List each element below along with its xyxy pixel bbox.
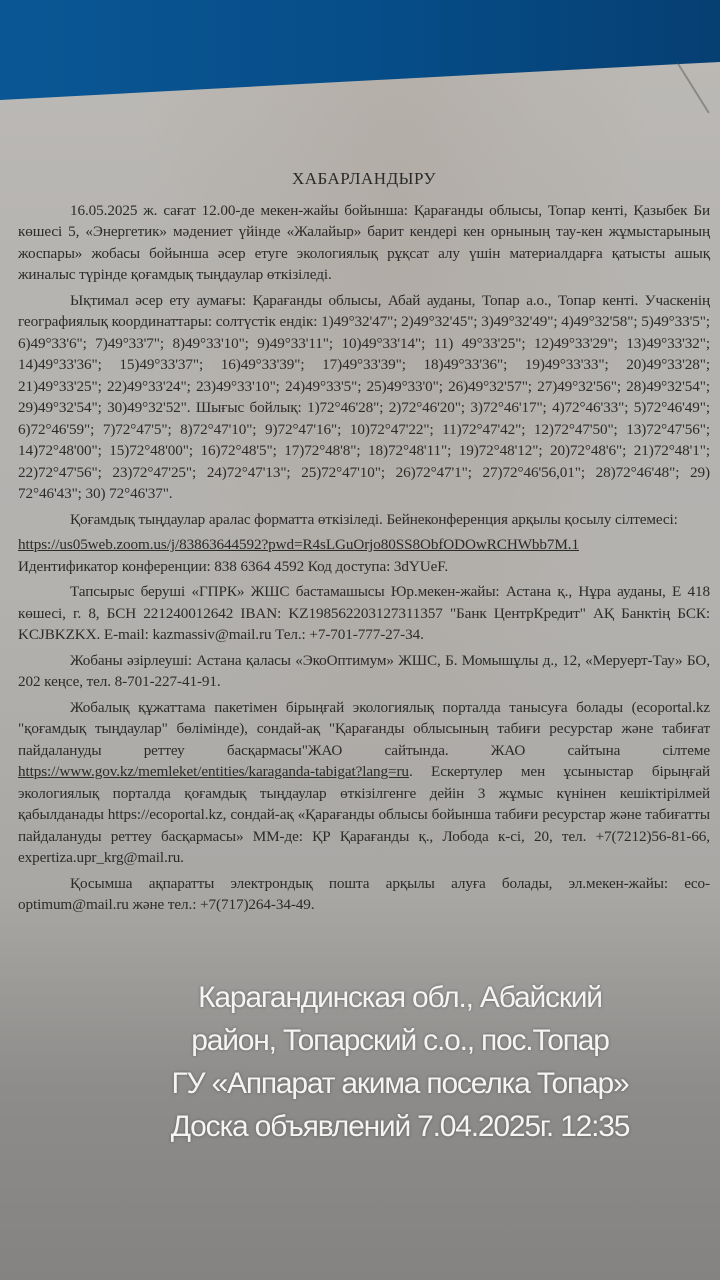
caption-line-district: район, Топарский с.о., пос.Топар — [90, 1019, 710, 1062]
paragraph-impact-area-coordinates: Ықтимал әсер ету аумағы: Қарағанды облыс… — [18, 290, 710, 505]
caption-line-board-timestamp: Доска объявлений 7.04.2025г. 12:35 — [90, 1105, 710, 1148]
caption-line-organization: ГУ «Аппарат акима поселка Топар» — [90, 1062, 710, 1105]
gov-kz-link[interactable]: https://www.gov.kz/memleket/entities/kar… — [18, 763, 409, 780]
document-title: ХАБАРЛАНДЫРУ — [18, 168, 710, 190]
paragraph-mixed-format: Қоғамдық тыңдаулар аралас форматта өткіз… — [18, 509, 710, 531]
caption-line-region: Карагандинская обл., Абайский — [90, 976, 710, 1019]
announcement-document: ХАБАРЛАНДЫРУ 16.05.2025 ж. сағат 12.00-д… — [18, 160, 710, 920]
paragraph-customer-details: Тапсырыс беруші «ГПРК» ЖШС бастамашысы Ю… — [18, 581, 710, 646]
paragraph-documentation-access: Жобалық құжаттама пакетімен бірыңғай эко… — [18, 697, 710, 869]
paragraph-additional-info: Қосымша ақпаратты электрондық пошта арқы… — [18, 873, 710, 916]
paragraph-project-developer: Жобаны әзірлеуші: Астана қаласы «ЭкоОпти… — [18, 650, 710, 693]
conference-id-access-code: Идентификатор конференции: 838 6364 4592… — [18, 556, 710, 578]
documentation-text-before-link: Жобалық құжаттама пакетімен бірыңғай эко… — [18, 699, 710, 759]
zoom-link-line: https://us05web.zoom.us/j/83863644592?pw… — [18, 534, 710, 556]
location-caption-overlay: Карагандинская обл., Абайский район, Топ… — [90, 976, 710, 1148]
paragraph-hearing-date-place: 16.05.2025 ж. сағат 12.00-де мекен-жайы … — [18, 200, 710, 286]
zoom-conference-link[interactable]: https://us05web.zoom.us/j/83863644592?pw… — [18, 536, 579, 553]
